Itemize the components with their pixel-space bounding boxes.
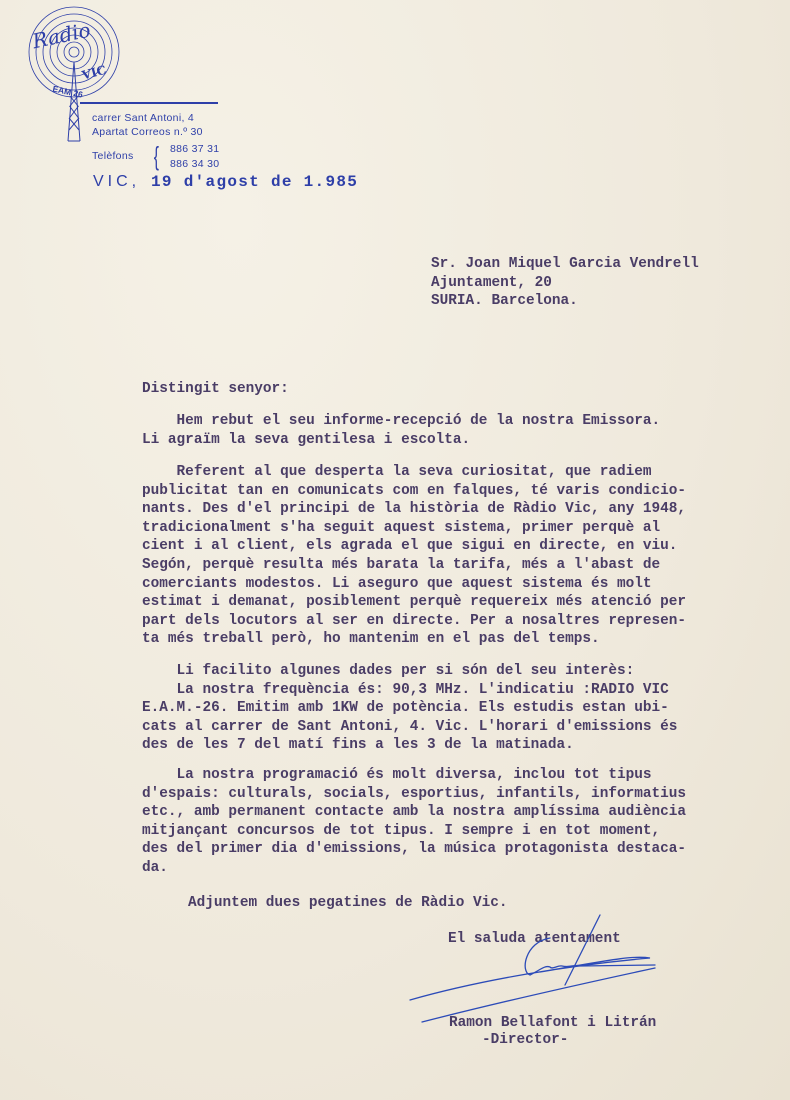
paragraph: Hem rebut el seu informe-recepció de la … bbox=[142, 412, 660, 449]
text-line: comerciants modestos. Li aseguro que aqu… bbox=[142, 575, 686, 594]
paragraph: La nostra programació és molt diversa, i… bbox=[142, 766, 686, 878]
phone-number: 886 37 31 bbox=[170, 143, 219, 155]
text-line: cient i al client, els agrada el que sig… bbox=[142, 537, 686, 556]
text-line: Ajuntament, 20 bbox=[431, 274, 699, 293]
text-line: d'espais: culturals, socials, esportius,… bbox=[142, 785, 686, 804]
text-line: Li facilito algunes dades per si són del… bbox=[142, 662, 677, 681]
text-line: tradicionalment s'ha seguit aquest siste… bbox=[142, 519, 686, 538]
radio-vic-logo: Radio VIC EAM 26 bbox=[24, 6, 124, 146]
text-line: etc., amb permanent contacte amb la nost… bbox=[142, 803, 686, 822]
text-line: estimat i demanat, posiblement perquè re… bbox=[142, 593, 686, 612]
paragraph: Referent al que desperta la seva curiosi… bbox=[142, 463, 686, 649]
radio-tower-icon bbox=[68, 62, 80, 141]
paragraph: Li facilito algunes dades per si són del… bbox=[142, 662, 677, 755]
text-line: des del primer dia d'emissions, la músic… bbox=[142, 840, 686, 859]
phone-number: 886 34 30 bbox=[170, 158, 219, 170]
address-line-1: carrer Sant Antoni, 4 bbox=[92, 112, 194, 124]
address-line-2: Apartat Correos n.º 30 bbox=[92, 126, 203, 138]
date-place: VIC, bbox=[93, 173, 140, 190]
recipient-address: Sr. Joan Miquel Garcia VendrellAjuntamen… bbox=[431, 255, 699, 311]
text-line: des de les 7 del matí fins a les 3 de la… bbox=[142, 736, 677, 755]
text-line: da. bbox=[142, 859, 686, 878]
text-line: Sr. Joan Miquel Garcia Vendrell bbox=[431, 255, 699, 274]
text-line: cats al carrer de Sant Antoni, 4. Vic. L… bbox=[142, 718, 677, 737]
date-text: 19 d'agost de 1.985 bbox=[151, 173, 358, 191]
text-line: publicitat tan en comunicats com en falq… bbox=[142, 482, 686, 501]
text-line: Li agraïm la seva gentilesa i escolta. bbox=[142, 431, 660, 450]
brace-icon: { bbox=[154, 143, 159, 169]
signer-title: -Director- bbox=[482, 1031, 568, 1050]
salutation: Distingit senyor: bbox=[142, 380, 289, 399]
text-line: part dels locutors al ser en directe. Pe… bbox=[142, 612, 686, 631]
text-line: E.A.M.-26. Emitim amb 1KW de potència. E… bbox=[142, 699, 677, 718]
date-line: VIC, 19 d'agost de 1.985 bbox=[93, 173, 358, 191]
letterhead-divider bbox=[80, 102, 218, 104]
signer-name: Ramon Bellafont i Litrán bbox=[449, 1014, 656, 1033]
text-line: Hem rebut el seu informe-recepció de la … bbox=[142, 412, 660, 431]
phones-label: Telèfons bbox=[92, 150, 134, 162]
text-line: Referent al que desperta la seva curiosi… bbox=[142, 463, 686, 482]
text-line: mitjançant concursos de tot tipus. I sem… bbox=[142, 822, 686, 841]
text-line: nants. Des d'el principi de la història … bbox=[142, 500, 686, 519]
text-line: La nostra programació és molt diversa, i… bbox=[142, 766, 686, 785]
text-line: SURIA. Barcelona. bbox=[431, 292, 699, 311]
handwritten-signature-icon bbox=[400, 910, 670, 1030]
text-line: Segón, perquè resulta més barata la tari… bbox=[142, 556, 686, 575]
logo-callsign-text: EAM 26 bbox=[52, 84, 84, 100]
text-line: La nostra frequència és: 90,3 MHz. L'ind… bbox=[142, 681, 677, 700]
text-line: ta més treball però, ho mantenim en el p… bbox=[142, 630, 686, 649]
